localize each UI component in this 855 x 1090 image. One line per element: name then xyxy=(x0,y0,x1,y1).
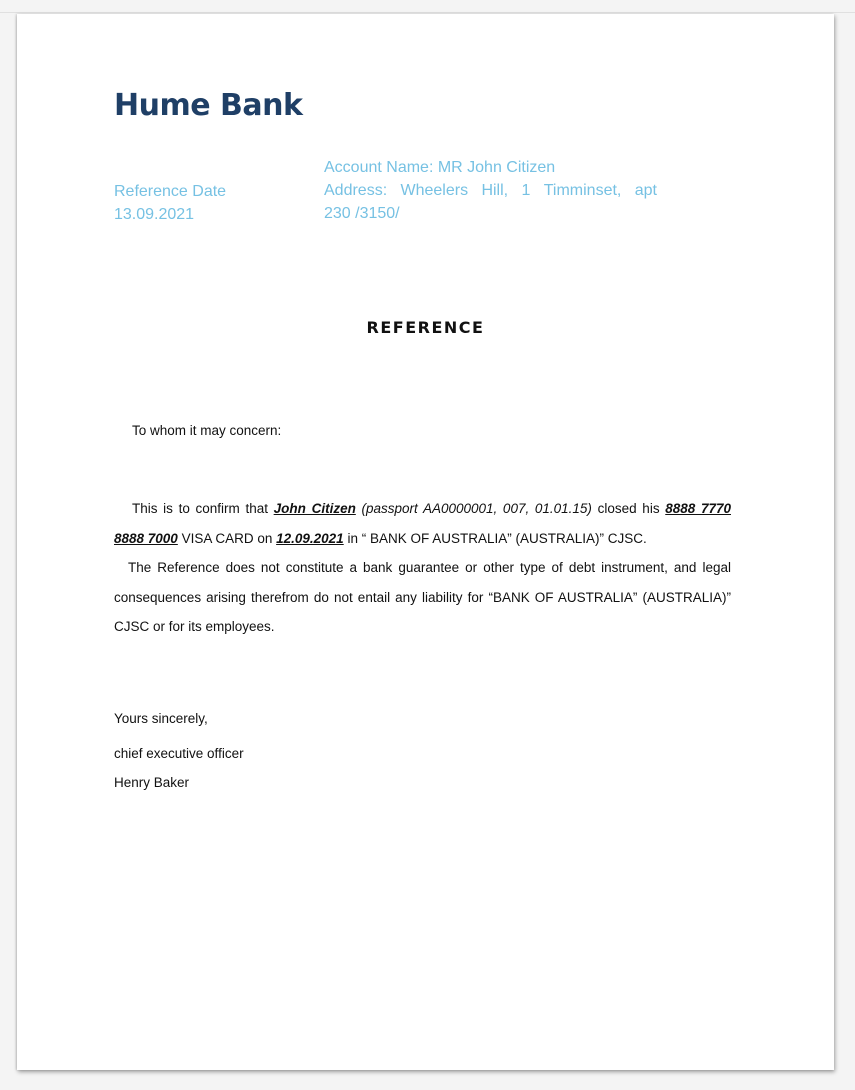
bank-name: Hume Bank xyxy=(114,88,302,123)
address-word: apt xyxy=(635,179,657,202)
bank-clause: in “ BANK OF AUSTRALIA” (AUSTRALIA)” CJS… xyxy=(344,531,647,546)
text-intro: This is to confirm that xyxy=(132,501,274,516)
passport-details: (passport AA0000001, 007, 01.01.15) xyxy=(356,501,592,516)
disclaimer-paragraph: The Reference does not constitute a bank… xyxy=(114,553,731,642)
document-page: Hume Bank Reference Date 13.09.2021 Acco… xyxy=(17,14,834,1070)
closing: Yours sincerely, xyxy=(114,704,244,733)
confirmation-paragraph: This is to confirm that John Citizen (pa… xyxy=(114,494,731,553)
signer-name: Henry Baker xyxy=(114,768,244,797)
body-paragraphs: This is to confirm that John Citizen (pa… xyxy=(114,494,731,642)
signature-block: Yours sincerely, chief executive officer… xyxy=(114,704,244,797)
address-line-1: Address: Wheelers Hill, 1 Timminset, apt xyxy=(324,179,657,202)
viewer-toolbar-strip xyxy=(0,0,855,13)
address-line-2: 230 /3150/ xyxy=(324,202,657,225)
signer-position: chief executive officer xyxy=(114,739,244,768)
account-block: Account Name: MR John Citizen Address: W… xyxy=(324,156,657,225)
address-word: 1 xyxy=(521,179,530,202)
card-type: VISA CARD on xyxy=(178,531,276,546)
reference-date-label: Reference Date xyxy=(114,180,294,203)
close-date: 12.09.2021 xyxy=(276,531,344,546)
reference-date-block: Reference Date 13.09.2021 xyxy=(114,180,294,226)
address-word: Wheelers xyxy=(401,179,469,202)
address-word: Timminset, xyxy=(544,179,622,202)
client-name: John Citizen xyxy=(274,501,356,516)
address-word: Hill, xyxy=(481,179,508,202)
reference-date-value: 13.09.2021 xyxy=(114,203,294,226)
account-name: Account Name: MR John Citizen xyxy=(324,156,657,179)
document-title: REFERENCE xyxy=(17,318,834,337)
greeting: To whom it may concern: xyxy=(132,423,281,438)
text-closed: closed his xyxy=(592,501,665,516)
address-label: Address: xyxy=(324,179,387,202)
